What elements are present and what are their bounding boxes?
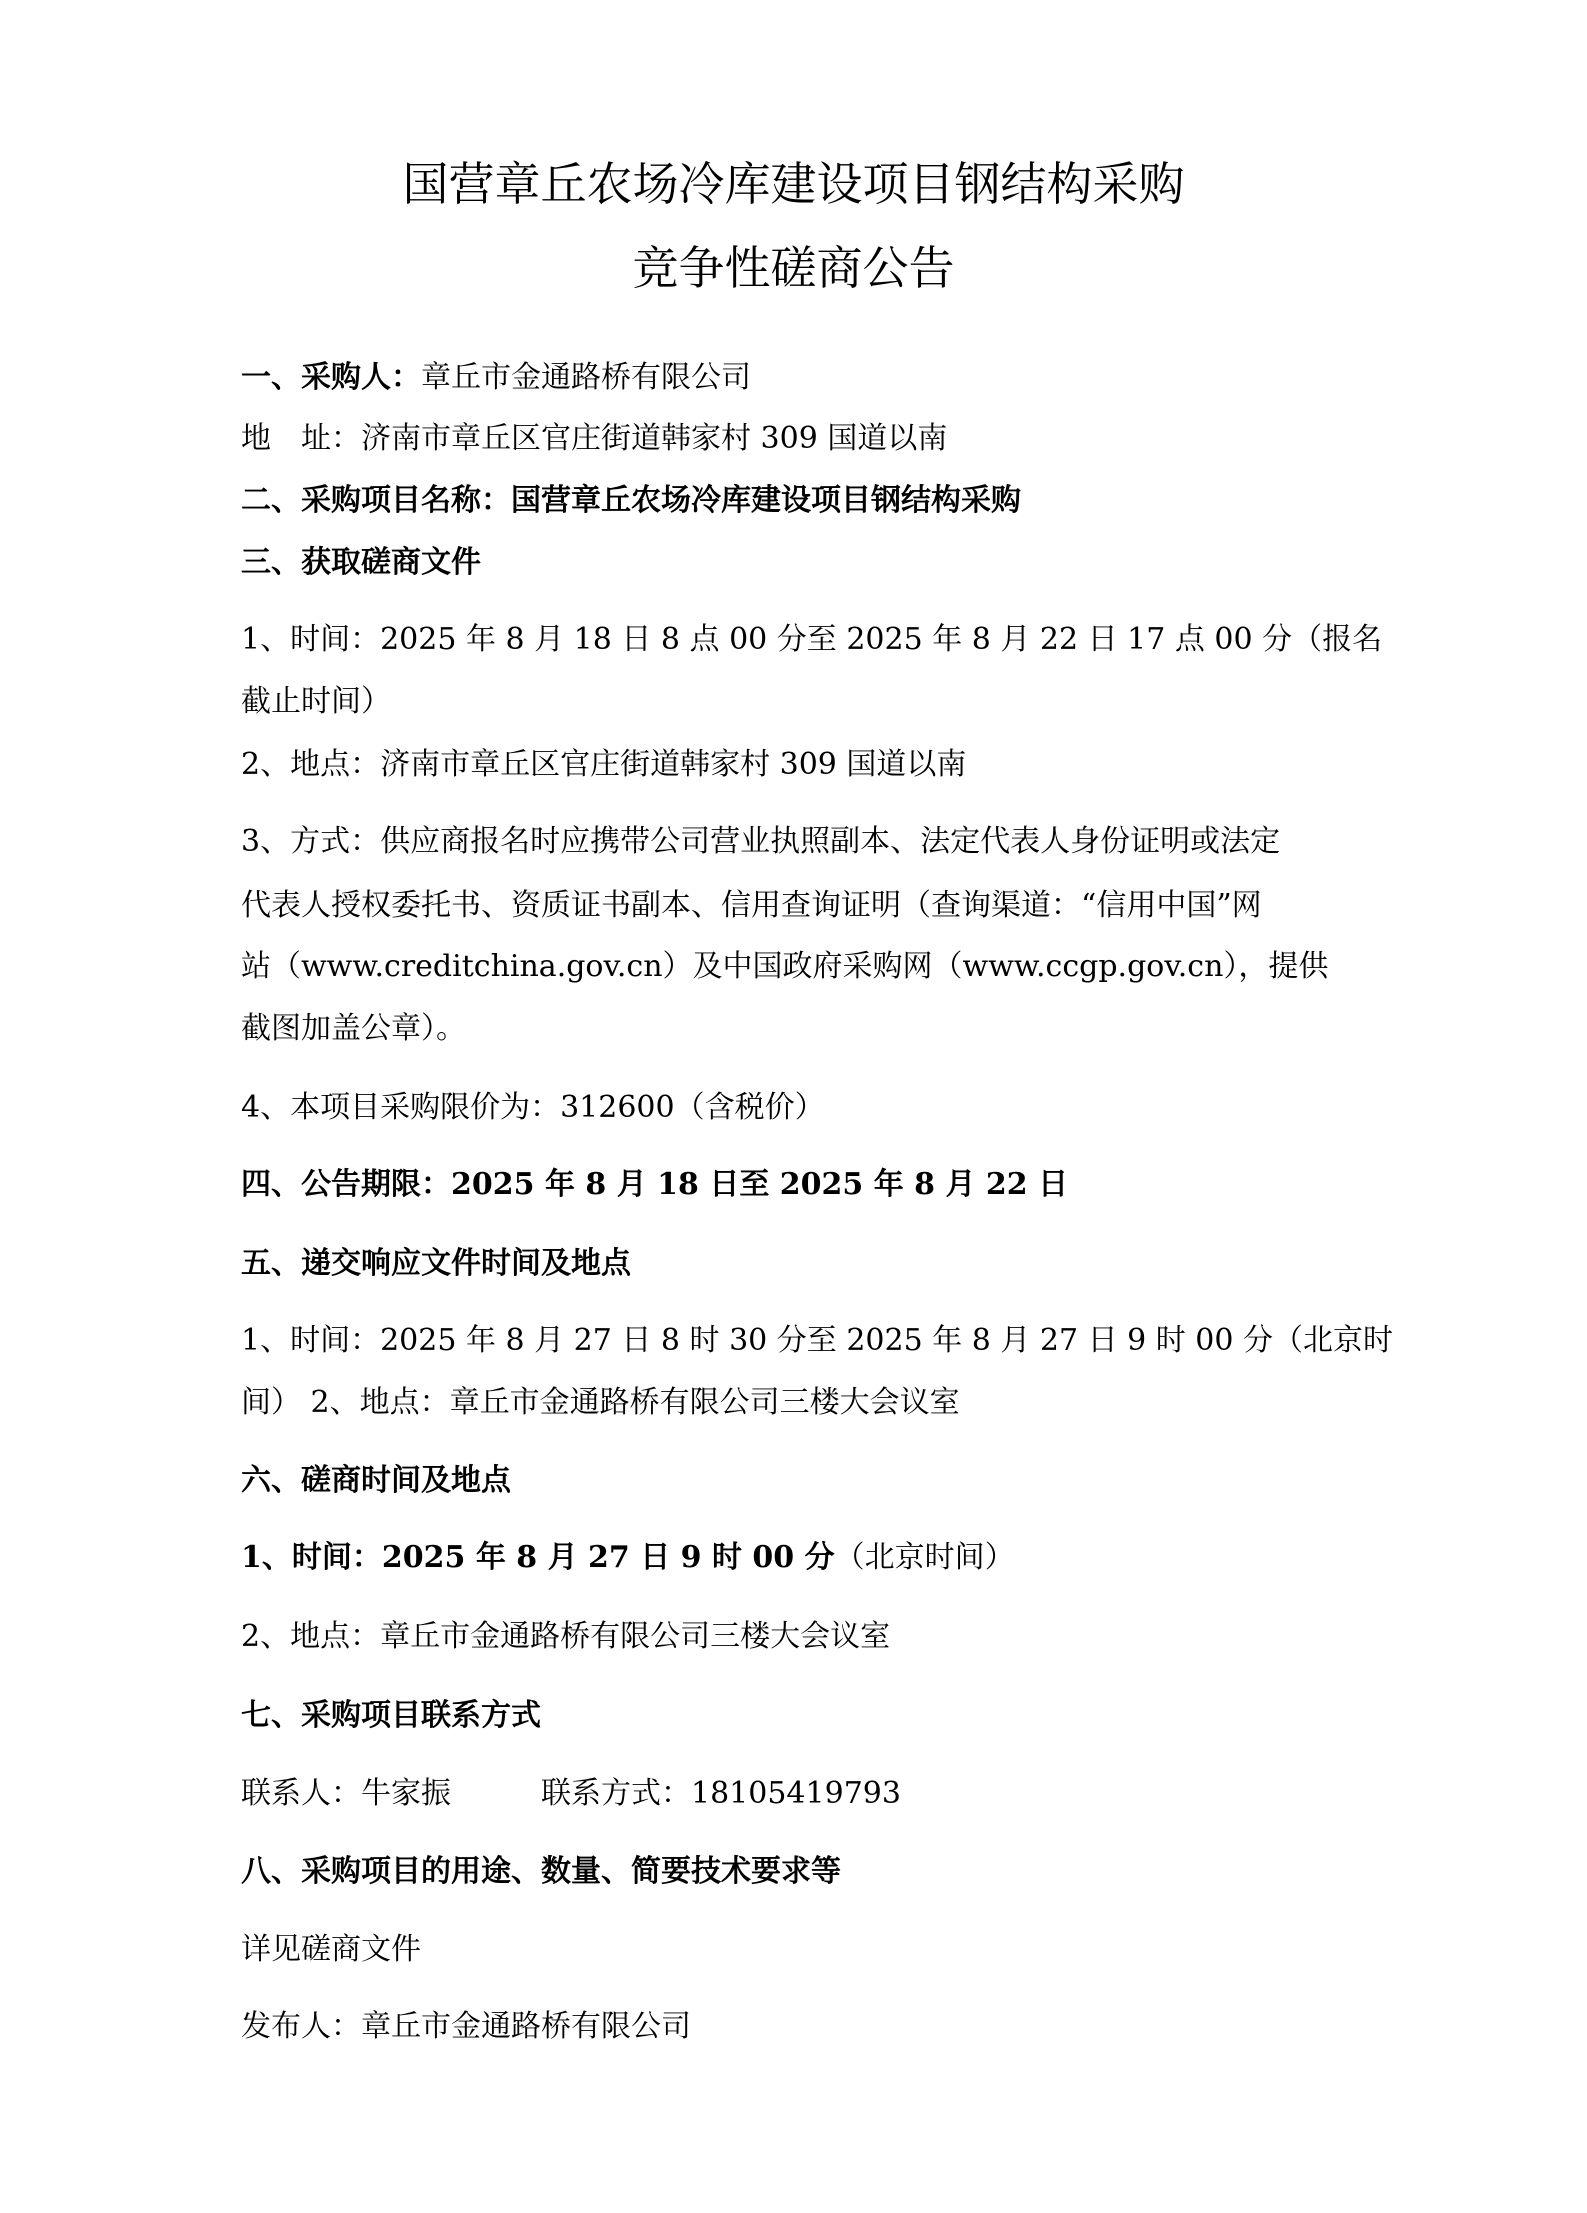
document-page: 国营章丘农场冷库建设项目钢结构采购 竞争性磋商公告 一、采购人：章丘市金通路桥有…: [0, 0, 1587, 2213]
purchaser-value: 章丘市金通路桥有限公司: [421, 360, 751, 395]
project-name-text: 二、采购项目名称：国营章丘农场冷库建设项目钢结构采购: [241, 483, 1021, 518]
section-3-heading: 三、获取磋商文件: [241, 543, 1341, 583]
purchaser-line: 一、采购人：章丘市金通路桥有限公司: [241, 358, 1341, 398]
obtain-method-text-4: 截图加盖公章）。: [241, 1011, 466, 1046]
obtain-method-line-4: 截图加盖公章）。: [241, 1009, 1341, 1049]
price-limit-text: 4、本项目采购限价为：312600（含税价）: [241, 1090, 825, 1125]
contact-line: 联系人：牛家振 联系方式：18105419793: [241, 1774, 1341, 1814]
consult-location-line: 2、地点：章丘市金通路桥有限公司三楼大会议室: [241, 1617, 1341, 1657]
obtain-method-line-2: 代表人授权委托书、资质证书副本、信用查询证明（查询渠道：“信用中国”网: [241, 886, 1341, 926]
contact-text: 联系人：牛家振 联系方式：18105419793: [241, 1776, 901, 1811]
section-5-heading: 五、递交响应文件时间及地点: [241, 1244, 1341, 1284]
publisher-text: 发布人：章丘市金通路桥有限公司: [241, 2009, 691, 2044]
section-5-heading-text: 五、递交响应文件时间及地点: [241, 1246, 631, 1281]
submit-time-text: 1、时间：2025 年 8 月 27 日 8 时 30 分至 2025 年 8 …: [241, 1323, 1393, 1358]
section-7-heading: 七、采购项目联系方式: [241, 1696, 1341, 1736]
project-name-line: 二、采购项目名称：国营章丘农场冷库建设项目钢结构采购: [241, 481, 1341, 521]
document-title-line2: 竞争性磋商公告: [0, 240, 1587, 296]
section-8-heading-text: 八、采购项目的用途、数量、简要技术要求等: [241, 1854, 841, 1889]
announcement-period-line: 四、公告期限：2025 年 8 月 18 日至 2025 年 8 月 22 日: [241, 1165, 1341, 1205]
consult-time-bold: 1、时间：2025 年 8 月 27 日 9 时 00 分: [241, 1540, 835, 1575]
obtain-time-line-cont: 截止时间）: [241, 682, 1341, 722]
obtain-location-line: 2、地点：济南市章丘区官庄街道韩家村 309 国道以南: [241, 745, 1341, 785]
purchaser-label: 一、采购人：: [241, 360, 421, 395]
announcement-period-text: 四、公告期限：2025 年 8 月 18 日至 2025 年 8 月 22 日: [241, 1167, 1068, 1202]
section-3-heading-text: 三、获取磋商文件: [241, 545, 481, 580]
obtain-method-text-1: 3、方式：供应商报名时应携带公司营业执照副本、法定代表人身份证明或法定: [241, 824, 1280, 859]
submit-location-line: 间） 2、地点：章丘市金通路桥有限公司三楼大会议室: [241, 1383, 1341, 1423]
consult-location-text: 2、地点：章丘市金通路桥有限公司三楼大会议室: [241, 1619, 890, 1654]
obtain-time-text: 1、时间：2025 年 8 月 18 日 8 点 00 分至 2025 年 8 …: [241, 622, 1382, 657]
section-6-heading: 六、磋商时间及地点: [241, 1461, 1341, 1501]
price-limit-line: 4、本项目采购限价为：312600（含税价）: [241, 1088, 1341, 1128]
address-line: 地 址：济南市章丘区官庄街道韩家村 309 国道以南: [241, 419, 1341, 459]
obtain-method-text-2: 代表人授权委托书、资质证书副本、信用查询证明（查询渠道：“信用中国”网: [241, 888, 1262, 923]
obtain-time-text-cont: 截止时间）: [241, 684, 391, 719]
details-text: 详见磋商文件: [241, 1932, 421, 1967]
details-line: 详见磋商文件: [241, 1930, 1341, 1970]
consult-time-suffix: （北京时间）: [835, 1540, 1015, 1575]
section-8-heading: 八、采购项目的用途、数量、简要技术要求等: [241, 1852, 1341, 1892]
obtain-time-line: 1、时间：2025 年 8 月 18 日 8 点 00 分至 2025 年 8 …: [241, 620, 1341, 660]
obtain-location-text: 2、地点：济南市章丘区官庄街道韩家村 309 国道以南: [241, 747, 966, 782]
address-text: 地 址：济南市章丘区官庄街道韩家村 309 国道以南: [241, 421, 947, 456]
submit-time-line: 1、时间：2025 年 8 月 27 日 8 时 30 分至 2025 年 8 …: [241, 1321, 1341, 1361]
submit-location-text: 间） 2、地点：章丘市金通路桥有限公司三楼大会议室: [241, 1385, 960, 1420]
section-7-heading-text: 七、采购项目联系方式: [241, 1698, 541, 1733]
obtain-method-line-1: 3、方式：供应商报名时应携带公司营业执照副本、法定代表人身份证明或法定: [241, 822, 1341, 862]
obtain-method-text-3: 站（www.creditchina.gov.cn）及中国政府采购网（www.cc…: [241, 949, 1328, 984]
publisher-line: 发布人：章丘市金通路桥有限公司: [241, 2007, 1341, 2047]
obtain-method-line-3: 站（www.creditchina.gov.cn）及中国政府采购网（www.cc…: [241, 947, 1341, 987]
consult-time-line: 1、时间：2025 年 8 月 27 日 9 时 00 分（北京时间）: [241, 1538, 1341, 1578]
document-title-line1: 国营章丘农场冷库建设项目钢结构采购: [0, 156, 1587, 212]
section-6-heading-text: 六、磋商时间及地点: [241, 1463, 511, 1498]
